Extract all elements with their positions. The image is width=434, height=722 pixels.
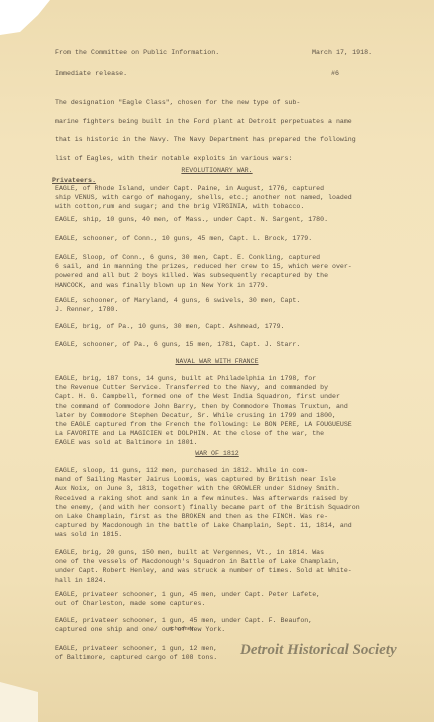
intro-paragraph: The designation "Eagle Class", chosen fo… bbox=[55, 94, 390, 168]
section-title-revolutionary: REVOLUTIONARY WAR. bbox=[0, 167, 434, 174]
entry: EAGLE, privateer schooner, 1 gun, 45 men… bbox=[55, 616, 390, 634]
from-line: From the Committee on Public Information… bbox=[55, 49, 219, 56]
entry: EAGLE, sloop, 11 guns, 112 men, purchase… bbox=[55, 466, 390, 540]
section-subtitle-privateers: Privateers. bbox=[52, 177, 96, 184]
entry: EAGLE, brig, 187 tons, 14 guns, built at… bbox=[55, 374, 390, 448]
document: From the Committee on Public Information… bbox=[0, 0, 434, 722]
handwritten-note: schooner bbox=[168, 625, 194, 632]
entry: EAGLE, of Rhode Island, under Capt. Pain… bbox=[55, 184, 390, 212]
entry: EAGLE, schooner, of Maryland, 4 guns, 6 … bbox=[55, 296, 390, 314]
date: March 17, 1918. bbox=[312, 49, 372, 56]
section-title-war-1812: WAR OF 1812 bbox=[0, 450, 434, 457]
entry: EAGLE, schooner, of Conn., 10 guns, 45 m… bbox=[55, 234, 390, 243]
entry: EAGLE, privateer schooner, 1 gun, 45 men… bbox=[55, 590, 390, 608]
section-title-naval-war-france: NAVAL WAR WITH FRANCE bbox=[0, 358, 434, 365]
entry: EAGLE, schooner, of Pa., 6 guns, 15 men,… bbox=[55, 340, 390, 349]
entry: EAGLE, ship, 10 guns, 40 men, of Mass., … bbox=[55, 215, 390, 224]
release-line: Immediate release. bbox=[55, 70, 127, 77]
release-number: #6 bbox=[331, 70, 339, 77]
entry: EAGLE, brig, 20 guns, 150 men, built at … bbox=[55, 548, 390, 585]
entry: EAGLE, brig, of Pa., 10 guns, 30 men, Ca… bbox=[55, 322, 390, 331]
watermark: Detroit Historical Society bbox=[240, 642, 397, 659]
entry: EAGLE, Sloop, of Conn., 6 guns, 30 men, … bbox=[55, 253, 390, 290]
